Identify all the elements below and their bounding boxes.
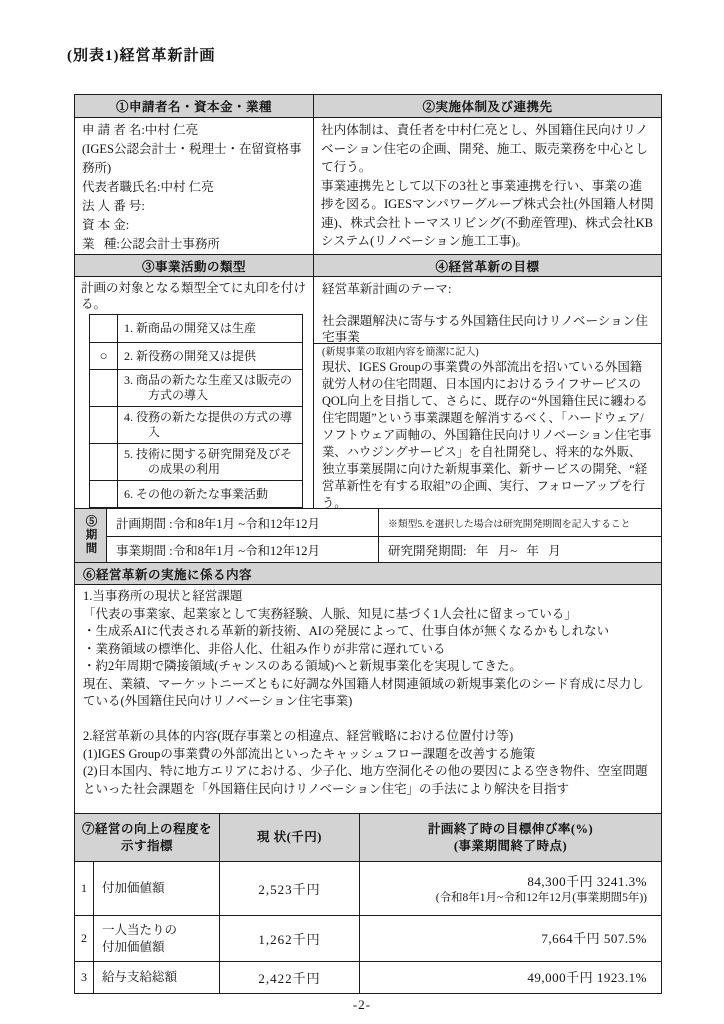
table-row: 2 一人当たりの 付加価値額 1,262千円 7,664千円 507.5% xyxy=(75,915,661,961)
activity-type-note: 計画の対象となる類型全てに丸印を付ける。 xyxy=(81,281,307,312)
type4-label: 4. 役務の新たな提供の方式の導入 xyxy=(148,410,298,440)
section34-header-row: ③事業活動の類型 ④経営革新の目標 xyxy=(75,254,661,276)
table-row: 1 付加価値額 2,523千円 84,300千円 3241.3% (令和8年1月… xyxy=(75,861,661,915)
type2-mark: ○ xyxy=(90,343,117,369)
rd-period: 研究開発期間: 年 月~ 年 月 xyxy=(378,536,661,562)
applicant-info: 申 請 者 名:中村 仁亮 (IGES公認会計士・税理士・在留資格事務所) 代表… xyxy=(75,118,313,254)
activity-type-cell: 計画の対象となる類型全てに丸印を付ける。 1. 新商品の開発又は生産 ○ 2. … xyxy=(75,277,313,508)
type5-mark xyxy=(90,444,117,480)
current-column-header: 現 状(千円) xyxy=(219,814,359,861)
section12-header-row: ①申請者名・資本金・業種 ②実施体制及び連携先 xyxy=(75,95,661,117)
indicator-column-header: ⑦経営の向上の程度を 示す指標 xyxy=(75,814,219,861)
activity-type-row: 3. 商品の新たな生産又は販売の方式の導入 xyxy=(90,369,302,406)
period-grid: 計画期間 :令和8年1月 ~令和12年12月 ※類型5.を選択した場合は研究開発… xyxy=(106,509,661,562)
target-column-header: 計画終了時の目標伸び率(%) (事業期間終了時点) xyxy=(359,814,661,861)
page-number: -2- xyxy=(0,997,724,1013)
section6-header-row: ⑥経営革新の実施に係る内容 xyxy=(75,562,661,584)
target-value-cell: 7,664千円 507.5% xyxy=(359,916,661,961)
activity-type-row: 5. 技術に関する研究開発及びその成果の利用 xyxy=(90,443,302,480)
section12-body-row: 申 請 者 名:中村 仁亮 (IGES公認会計士・税理士・在留資格事務所) 代表… xyxy=(75,117,661,254)
target-value: 7,664千円 507.5% xyxy=(360,929,647,948)
target-value: 84,300千円 3241.3% xyxy=(360,872,647,891)
type4-mark xyxy=(90,407,117,443)
type6-mark xyxy=(90,481,117,507)
section5-row: ⑤期間 計画期間 :令和8年1月 ~令和12年12月 ※類型5.を選択した場合は… xyxy=(75,508,661,562)
type3-label: 3. 商品の新たな生産又は販売の方式の導入 xyxy=(148,373,298,403)
type6-label: 6. その他の新たな事業活動 xyxy=(148,487,268,502)
target-value-note: (令和8年1月~令和12年12月(事業期間5年)) xyxy=(360,891,647,906)
section4-header: ④経営革新の目標 xyxy=(313,255,661,276)
innovation-theme: 経営革新計画のテーマ: 社会課題解決に寄与する外国籍住民向けリノベーション住宅事… xyxy=(314,277,661,343)
type2-label: 2. 新役務の開発又は提供 xyxy=(148,349,256,364)
document-title: (別表1)経営革新計画 xyxy=(67,44,216,65)
innovation-goal-body: 現状、IGES Groupの事業費の外部流出を招いている外国籍就労人材の住宅問題… xyxy=(322,359,653,508)
table-row: 3 給与支給総額 2,422千円 49,000千円 1923.1% xyxy=(75,961,661,993)
innovation-goal-note: (新規事業の取組内容を簡潔に記入) xyxy=(322,346,653,359)
target-value-cell: 84,300千円 3241.3% (令和8年1月~令和12年12月(事業期間5年… xyxy=(359,862,661,915)
document-page: (別表1)経営革新計画 ①申請者名・資本金・業種 ②実施体制及び連携先 申 請 … xyxy=(0,0,724,1024)
implementation-structure: 社内体制は、責任者を中村仁亮とし、外国籍住民向けリノベーション住宅の企画、開発、… xyxy=(313,118,661,254)
section6-body-row: 1.当事務所の現状と経営課題 「代表の事業家、起業家として実務経験、人脈、知見に… xyxy=(75,584,661,813)
rd-note: ※類型5.を選択した場合は研究開発期間を記入すること xyxy=(378,509,661,536)
activity-type-row: ○ 2. 新役務の開発又は提供 xyxy=(90,342,302,369)
indicator-name: 一人当たりの 付加価値額 xyxy=(93,916,219,961)
indicator-name: 給与支給総額 xyxy=(93,962,219,993)
business-period: 事業期間 :令和8年1月 ~令和12年12月 xyxy=(107,536,378,562)
section2-header: ②実施体制及び連携先 xyxy=(313,95,661,117)
section5-header: ⑤期間 xyxy=(75,509,106,562)
row-number: 3 xyxy=(75,962,93,993)
innovation-goal-detail: (新規事業の取組内容を簡潔に記入) 現状、IGES Groupの事業費の外部流出… xyxy=(314,343,661,508)
type1-label: 1. 新商品の開発又は生産 xyxy=(148,321,256,336)
target-value: 49,000千円 1923.1% xyxy=(360,968,647,987)
plan-period: 計画期間 :令和8年1月 ~令和12年12月 xyxy=(107,509,378,536)
activity-type-row: 6. その他の新たな事業活動 xyxy=(90,480,302,507)
section1-header: ①申請者名・資本金・業種 xyxy=(75,95,313,117)
current-value: 1,262千円 xyxy=(219,916,359,961)
current-value: 2,523千円 xyxy=(219,862,359,915)
current-value: 2,422千円 xyxy=(219,962,359,993)
section34-body-row: 計画の対象となる類型全てに丸印を付ける。 1. 新商品の開発又は生産 ○ 2. … xyxy=(75,276,661,508)
section3-header: ③事業活動の類型 xyxy=(75,255,313,276)
type1-mark xyxy=(90,315,117,342)
indicator-name: 付加価値額 xyxy=(93,862,219,915)
section6-body: 1.当事務所の現状と経営課題 「代表の事業家、起業家として実務経験、人脈、知見に… xyxy=(75,585,661,813)
section7-header-row: ⑦経営の向上の程度を 示す指標 現 状(千円) 計画終了時の目標伸び率(%) (… xyxy=(75,813,661,861)
type5-label: 5. 技術に関する研究開発及びその成果の利用 xyxy=(148,447,298,477)
innovation-plan-table: ①申請者名・資本金・業種 ②実施体制及び連携先 申 請 者 名:中村 仁亮 (I… xyxy=(74,94,662,994)
activity-type-table: 1. 新商品の開発又は生産 ○ 2. 新役務の開発又は提供 3. 商品の新たな生… xyxy=(89,314,303,508)
row-number: 2 xyxy=(75,916,93,961)
section6-header: ⑥経営革新の実施に係る内容 xyxy=(75,563,661,584)
row-number: 1 xyxy=(75,862,93,915)
innovation-goal-cell: 経営革新計画のテーマ: 社会課題解決に寄与する外国籍住民向けリノベーション住宅事… xyxy=(313,277,661,508)
activity-type-row: 4. 役務の新たな提供の方式の導入 xyxy=(90,406,302,443)
target-value-cell: 49,000千円 1923.1% xyxy=(359,962,661,993)
type3-mark xyxy=(90,370,117,406)
activity-type-row: 1. 新商品の開発又は生産 xyxy=(90,315,302,342)
